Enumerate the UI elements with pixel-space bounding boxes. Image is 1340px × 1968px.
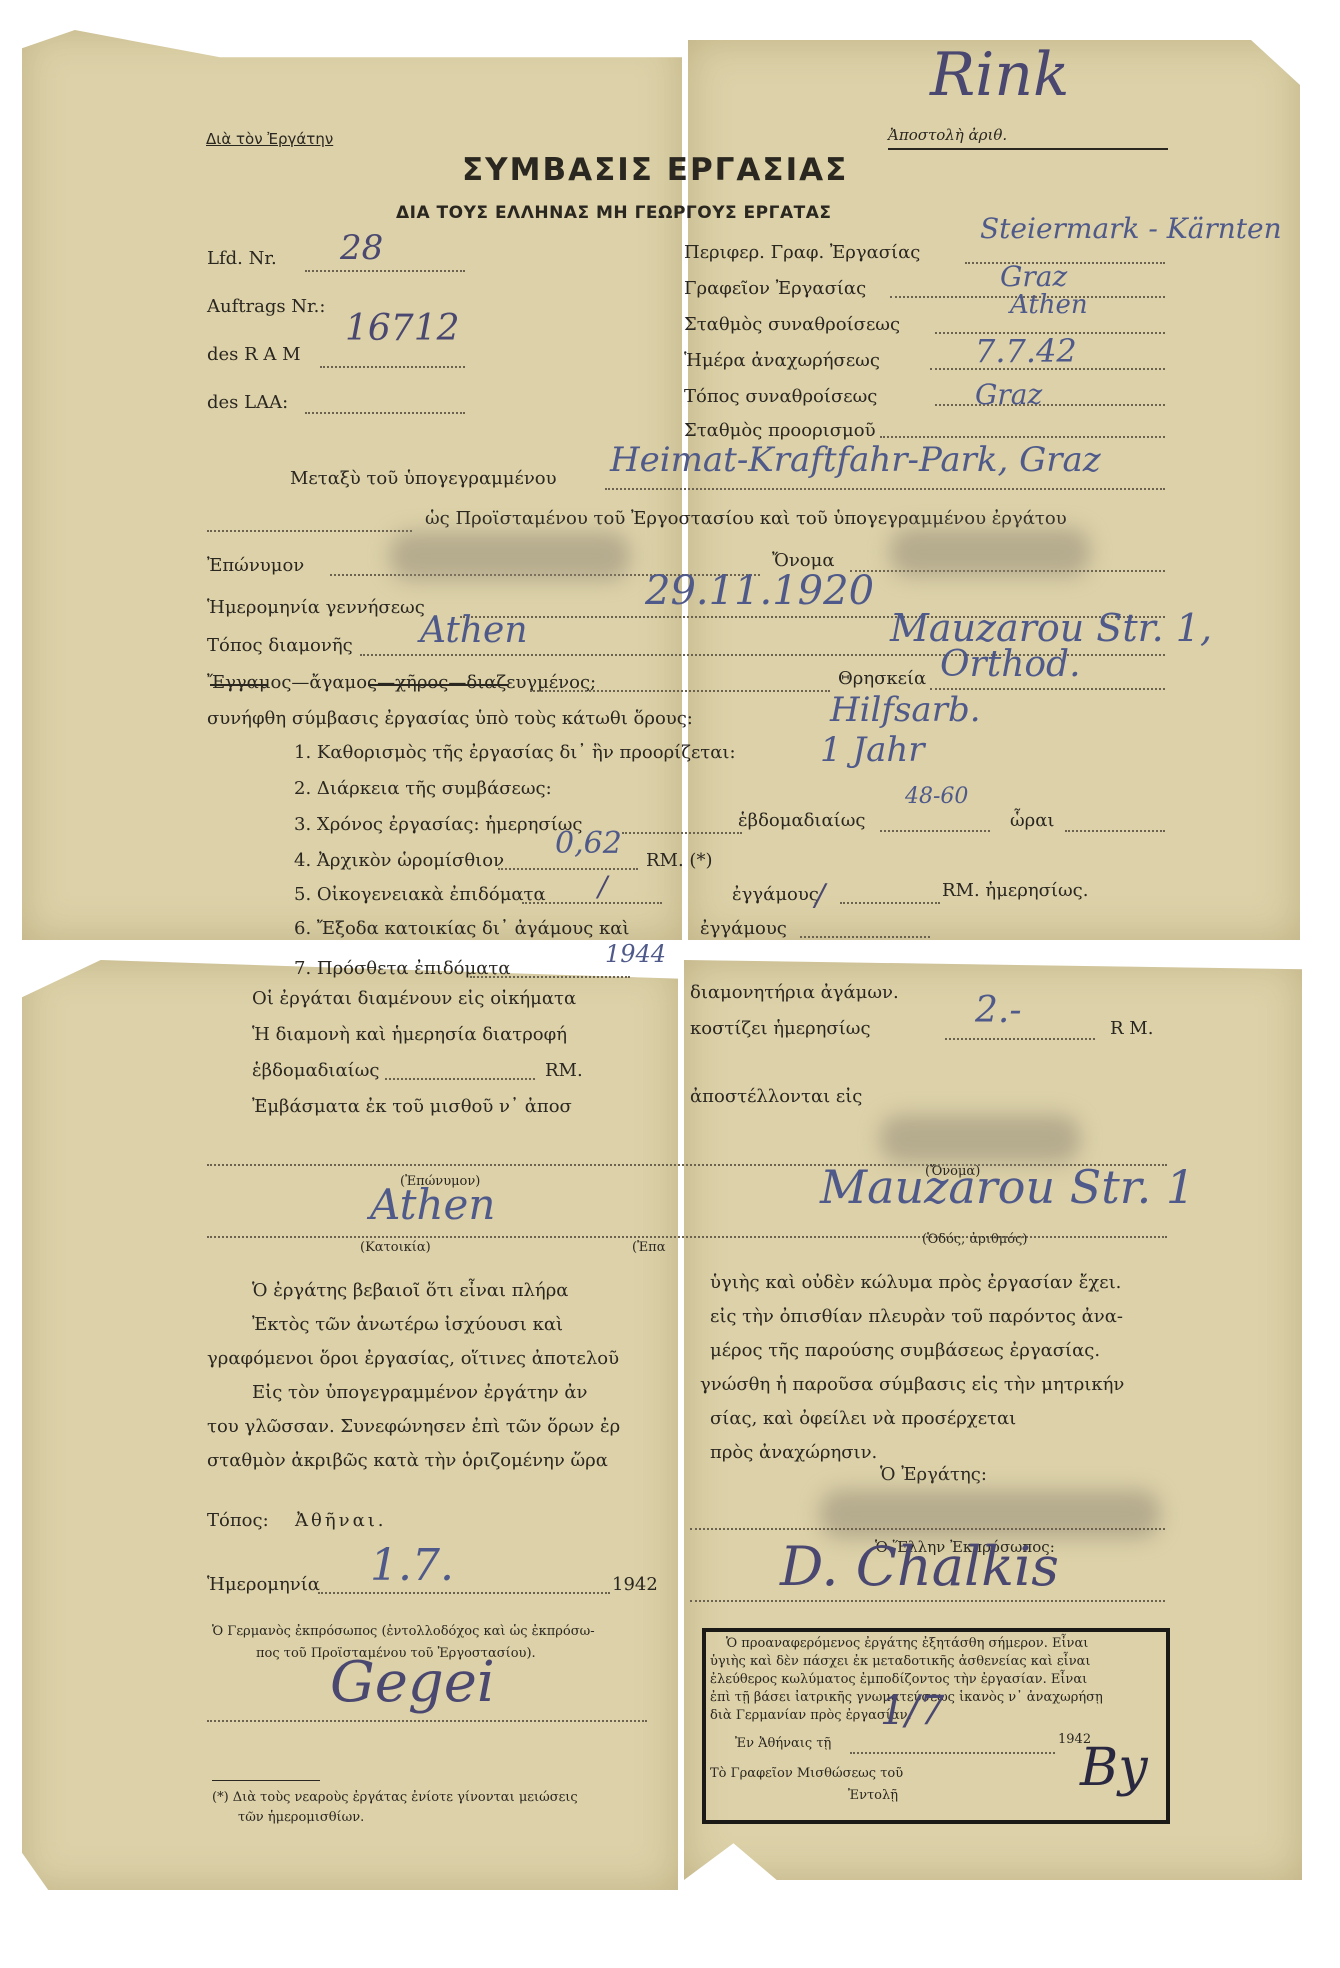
document-title: ΣΥΜΒΑΣΙΣ ΕΡΓΑΣΙΑΣ (462, 152, 848, 188)
for-worker-label: Διὰ τὸν Ἐργάτην (206, 130, 333, 148)
term-5-label: 5. Οἰκογενειακὰ ἐπιδόματα (294, 884, 546, 905)
declaration-right-2: εἰς τὴν ὀπισθίαν πλευρὰν τοῦ παρόντος ἀν… (710, 1306, 1123, 1327)
departure-date-value: 7.7.42 (975, 332, 1077, 370)
german-representative-label: Ὁ Γερμανὸς ἐκπρόσωπος (ἐντολλοδόχος καὶ … (212, 1624, 595, 1639)
weekly-hours-value: 48-60 (905, 784, 968, 809)
redacted-surname (390, 532, 630, 580)
greek-representative-signature: D. Chalkis (780, 1535, 1059, 1598)
employer-role-text: ὡς Προϊσταμένου τοῦ Ἐργοστασίου καὶ τοῦ … (425, 508, 1067, 529)
declaration-left-4: Εἰς τὸν ὑπογεγραμμένον ἐργάτην ἀν (252, 1382, 587, 1403)
residence-label: Τόπος διαμονῆς (207, 635, 353, 656)
employer-value: Heimat-Kraftfahr-Park, Graz (610, 440, 1101, 480)
assembly-station-label: Σταθμὸς συναθροίσεως (684, 314, 900, 335)
declaration-right-3: μέρος τῆς παρούσης συμβάσεως ἐργασίας. (710, 1340, 1100, 1361)
hourly-wage-value: 0,62 (555, 826, 622, 861)
auftrags-nr-label: Auftrags Nr.: (207, 296, 325, 317)
redacted-recipient-name (880, 1115, 1080, 1163)
medical-date-value: 1/7 (880, 1688, 944, 1734)
recipient-city-value: Athen (370, 1180, 495, 1229)
medical-office-label: Τὸ Γραφεῖον Μισθώσεως τοῦ (710, 1766, 903, 1781)
worker-signature-label: Ὁ Ἐργάτης: (880, 1464, 987, 1485)
housing-line-2-right: κοστίζει ἡμερησίως (690, 1018, 871, 1039)
place-value: Ἀθῆναι. (295, 1510, 387, 1531)
term-3-weekly-label: ἑβδομαδιαίως (738, 810, 865, 831)
surname-label: Ἐπώνυμον (207, 555, 304, 576)
medical-line-1: Ὁ προαναφερόμενος ἐργάτης ἐξητάσθη σήμερ… (726, 1636, 1088, 1651)
footnote-divider (212, 1780, 320, 1781)
birthdate-value: 29.11.1920 (645, 568, 874, 614)
declaration-left-2: Ἐκτὸς τῶν ἀνωτέρω ἰσχύουσι καὶ (252, 1314, 563, 1335)
married-allowance-value: / (815, 878, 825, 913)
religion-label: Θρησκεία (838, 668, 926, 689)
contract-duration-value: 1 Jahr (820, 730, 925, 770)
lfd-nr-label: Lfd. Nr. (207, 248, 277, 269)
term-2-label: 2. Διάρκεια τῆς συμβάσεως: (294, 778, 552, 799)
term-4-label: 4. Ἀρχικὸν ὡρομίσθιον (294, 850, 504, 871)
job-description-value: Hilfsarb. (830, 690, 981, 730)
footnote-line-2: τῶν ἡμερομισθίων. (238, 1810, 364, 1825)
daily-board-cost-unit: R M. (1110, 1018, 1153, 1039)
dispatch-number-value: Rink (930, 40, 1069, 110)
redacted-worker-signature (820, 1490, 1160, 1538)
labor-office-value: Graz (1000, 260, 1067, 293)
dispatch-number-label: Ἀποστολὴ ἀριθ. (888, 126, 1007, 144)
assembly-place-label: Τόπος συναθροίσεως (684, 386, 877, 407)
departure-date-label: Ἡμέρα ἀναχωρήσεως (684, 350, 880, 371)
des-ram-label: des R A M (207, 344, 301, 365)
medical-date-label: Ἐν Ἀθήναις τῇ (735, 1736, 831, 1751)
medical-line-3: ἐλεύθερος κωλύματος ἐμποδίζοντος τὴν ἐργ… (710, 1672, 1087, 1687)
strike-widowed-divorced (368, 684, 508, 686)
recipient-street-label: (Ὁδός, ἀριθμός) (922, 1232, 1027, 1247)
strike-married (210, 684, 268, 686)
recipient-street-value: Mauzarou Str. 1 (820, 1160, 1195, 1214)
declaration-left-1: Ὁ ἐργάτης βεβαιοῖ ὅτι εἶναι πλήρα (252, 1280, 568, 1301)
religion-value: Orthod. (940, 644, 1081, 685)
housing-line-1-left: Οἱ ἐργάται διαμένουν εἰς οἰκήματα (252, 988, 576, 1009)
assembly-place-value: Graz (975, 378, 1042, 411)
term-6-married-label: ἐγγάμους (700, 918, 787, 939)
date-label: Ἡμερομηνία (207, 1574, 320, 1595)
recipient-city-label: (Κατοικία) (360, 1240, 431, 1255)
birthdate-label: Ἡμερομηνία γεννήσεως (207, 597, 425, 618)
dispatch-underline (888, 148, 1168, 150)
date-value: 1.7. (370, 1540, 454, 1591)
footnote-line-1: (*) Διὰ τοὺς νεαροὺς ἐργάτας ἐνίοτε γίνο… (212, 1790, 578, 1805)
german-representative-signature: Gegei (330, 1650, 495, 1715)
redacted-first-name (890, 528, 1090, 576)
terms-intro: συνήφθη σύμβασις ἐργασίας ὑπὸ τοὺς κάτωθ… (207, 708, 693, 729)
recipient-partial-label: (Ἐπα (632, 1240, 665, 1255)
remittance-label: Ἐμβάσματα ἐκ τοῦ μισθοῦ ν᾽ ἀποσ (252, 1096, 572, 1117)
document-subtitle: ΔΙΑ ΤΟΥΣ ΕΛΛΗΝΑΣ ΜΗ ΓΕΩΡΓΟΥΣ ΕΡΓΑΤΑΣ (396, 203, 832, 223)
declaration-left-3: γραφόμενοι ὅροι ἐργασίας, οἵτινες ἀποτελ… (207, 1348, 619, 1369)
labor-office-label: Γραφεῖον Ἐργασίας (684, 278, 866, 299)
term-4-unit: RM. (*) (646, 850, 712, 871)
des-ram-value: 16712 (345, 308, 460, 349)
medical-office-signature: By (1080, 1738, 1148, 1798)
date-year: 1942 (612, 1574, 658, 1595)
declaration-right-6: πρὸς ἀναχώρησιν. (710, 1442, 877, 1463)
medical-office-label-2: Ἐντολῇ (848, 1788, 898, 1803)
term-5-unit: RM. ἡμερησίως. (942, 880, 1088, 901)
term-3-label: 3. Χρόνος ἐργασίας: ἡμερησίως (294, 814, 583, 835)
place-label: Τόπος: (207, 1510, 269, 1531)
declaration-right-4: γνώσθη ἡ παροῦσα σύμβασις εἰς τὴν μητρικ… (700, 1374, 1124, 1395)
residence-city-value: Athen (420, 610, 528, 651)
declaration-right-5: σίας, καὶ ὀφείλει νὰ προσέρχεται (710, 1408, 1016, 1429)
lfd-nr-value: 28 (340, 228, 383, 268)
employer-label: Μεταξὺ τοῦ ὑπογεγραμμένου (290, 468, 557, 489)
regional-office-value: Steiermark - Kärnten (980, 212, 1282, 245)
daily-board-cost-value: 2.- (975, 990, 1022, 1031)
assembly-station-value: Athen (1010, 290, 1088, 320)
term-1-label: 1. Καθορισμὸς τῆς ἐργασίας δι᾽ ἣν προορί… (294, 742, 736, 763)
term-6-label: 6. Ἔξοδα κατοικίας δι᾽ ἀγάμους καὶ (294, 918, 629, 939)
des-laa-label: des LAA: (207, 392, 288, 413)
declaration-left-5: του γλῶσσαν. Συνεφώνησεν ἐπὶ τῶν ὅρων ἐρ (207, 1416, 620, 1437)
regional-office-label: Περιφερ. Γραφ. Ἐργασίας (684, 242, 920, 263)
housing-line-3-left: ἑβδομαδιαίως (252, 1060, 379, 1081)
housing-line-3-unit: RM. (545, 1060, 583, 1081)
term-5-married-label: ἐγγάμους (732, 884, 819, 905)
housing-line-1-right: διαμονητήρια ἀγάμων. (690, 982, 899, 1003)
declaration-right-1: ὑγιὴς καὶ οὐδὲν κώλυμα πρὸς ἐργασίαν ἔχε… (710, 1272, 1121, 1293)
medical-line-2: ὑγιὴς καὶ δὲν πάσχει ἐκ μεταδοτικῆς ἀσθε… (710, 1654, 1091, 1669)
family-allowance-value: / (598, 870, 607, 903)
additional-allowance-value: 1944 (605, 940, 666, 968)
housing-line-2-left: Ἡ διαμονὴ καὶ ἡμερησία διατροφή (252, 1024, 567, 1045)
housing-line-3-right: ἀποστέλλονται εἰς (690, 1086, 862, 1107)
term-3-hours-label: ὧραι (1010, 810, 1054, 831)
destination-station-label: Σταθμὸς προορισμοῦ (684, 420, 876, 441)
declaration-left-6: σταθμὸν ἀκριβῶς κατὰ τὴν ὁριζομένην ὥρα (207, 1450, 608, 1471)
